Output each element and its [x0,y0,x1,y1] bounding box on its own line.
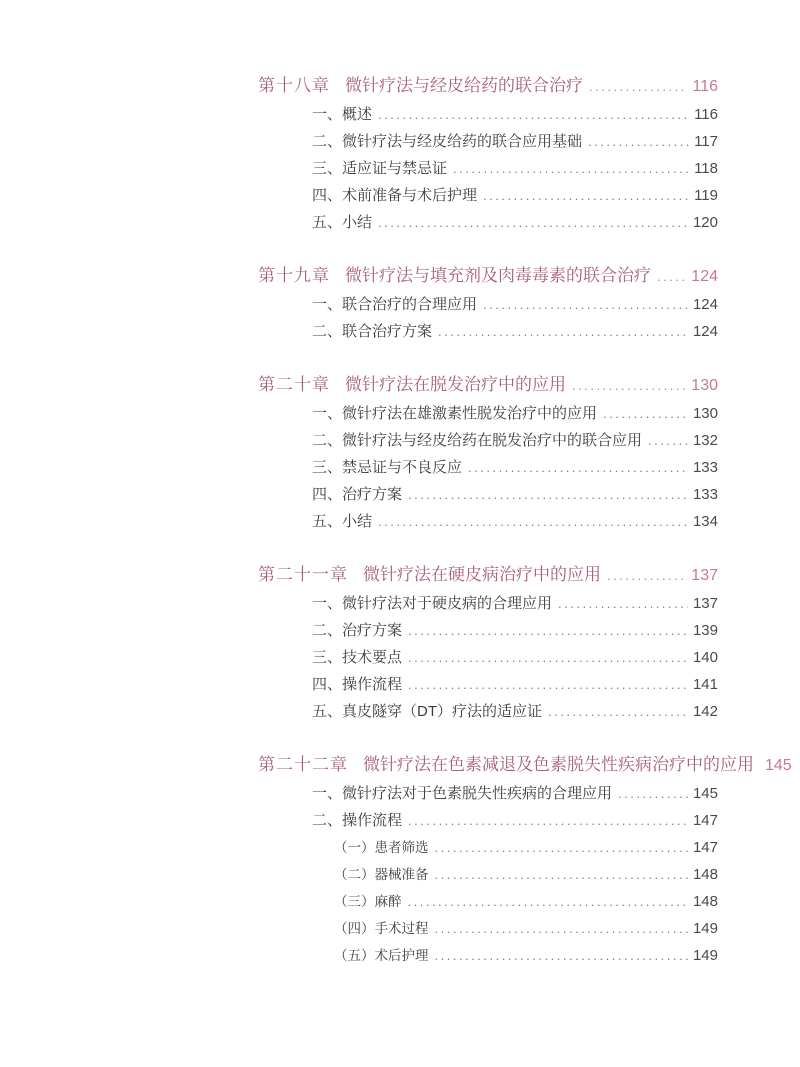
dot-leader [618,780,688,807]
entry-page-number: 124 [693,318,718,345]
entry-label: 五、真皮隧穿（DT）疗法的适应证 [312,698,542,725]
dot-leader [548,698,688,725]
dot-leader [435,861,688,888]
dot-leader [378,508,688,535]
chapter-page-number: 116 [692,72,718,102]
dot-leader [468,454,688,481]
toc-entry: 三、禁忌证与不良反应 133 [258,454,718,481]
toc-entry: 二、微针疗法与经皮给药的联合应用基础 117 [258,128,718,155]
dot-leader [607,561,686,591]
entry-label: 二、治疗方案 [312,617,402,644]
entry-label: 一、微针疗法对于色素脱失性疾病的合理应用 [312,780,612,807]
chapter-row: 第十九章 微针疗法与填充剂及肉毒毒素的联合治疗 124 [258,261,718,291]
toc-section: 第十八章 微针疗法与经皮给药的联合治疗 116 一、概述 116 二、微针疗法与… [258,71,718,236]
chapter-title: 微针疗法与经皮给药的联合治疗 [345,71,583,101]
toc-entry: 二、治疗方案 139 [258,617,718,644]
entry-label: 一、微针疗法在雄激素性脱发治疗中的应用 [312,400,597,427]
entry-page-number: 117 [694,128,718,155]
dot-leader [657,262,686,292]
dot-leader [435,915,688,942]
chapter-page-number: 145 [765,751,792,781]
toc-section: 第十九章 微针疗法与填充剂及肉毒毒素的联合治疗 124 一、联合治疗的合理应用 … [258,261,718,345]
entry-page-number: 147 [693,834,718,861]
toc-entry: 二、操作流程 147 [258,807,718,834]
entry-label: 四、操作流程 [312,671,402,698]
toc-entry: 五、小结 120 [258,209,718,236]
entry-label: 五、小结 [312,508,372,535]
dot-leader [378,209,688,236]
chapter-page-number: 130 [691,371,718,401]
entry-page-number: 132 [693,427,718,454]
toc-entry: 二、联合治疗方案 124 [258,318,718,345]
entry-label: 一、微针疗法对于硬皮病的合理应用 [312,590,552,617]
dot-leader [408,671,688,698]
toc-entry: （三）麻醉 148 [258,888,718,915]
toc-entry: 一、概述 116 [258,101,718,128]
entry-page-number: 133 [693,454,718,481]
entry-page-number: 148 [693,861,718,888]
toc-entry: 三、适应证与禁忌证 118 [258,155,718,182]
chapter-number: 第二十一章 [258,560,348,590]
entry-label: 四、术前准备与术后护理 [312,182,477,209]
entry-page-number: 147 [693,807,718,834]
toc-entry: （四）手术过程 149 [258,915,718,942]
entry-page-number: 119 [694,182,718,209]
entry-label: 四、治疗方案 [312,481,402,508]
entry-page-number: 116 [694,101,718,128]
entry-page-number: 137 [693,590,718,617]
toc-entry: 一、微针疗法对于色素脱失性疾病的合理应用 145 [258,780,718,807]
dot-leader [435,834,688,861]
entry-label: 三、禁忌证与不良反应 [312,454,462,481]
entry-label: （四）手术过程 [334,915,429,942]
chapter-row: 第二十章 微针疗法在脱发治疗中的应用 130 [258,370,718,400]
toc-entry: 二、微针疗法与经皮给药在脱发治疗中的联合应用 132 [258,427,718,454]
entry-page-number: 130 [693,400,718,427]
dot-leader [408,807,688,834]
entry-page-number: 140 [693,644,718,671]
entry-page-number: 139 [693,617,718,644]
toc-entry: 四、治疗方案 133 [258,481,718,508]
chapter-number: 第十九章 [258,261,330,291]
entry-label: 二、操作流程 [312,807,402,834]
dot-leader [435,942,688,969]
entry-label: 二、微针疗法与经皮给药在脱发治疗中的联合应用 [312,427,642,454]
chapter-title: 微针疗法与填充剂及肉毒毒素的联合治疗 [345,261,651,291]
entry-page-number: 134 [693,508,718,535]
toc-section: 第二十章 微针疗法在脱发治疗中的应用 130 一、微针疗法在雄激素性脱发治疗中的… [258,370,718,535]
entry-page-number: 149 [693,915,718,942]
dot-leader [378,101,689,128]
entry-page-number: 118 [694,155,718,182]
dot-leader [483,182,689,209]
toc-entry: 五、真皮隧穿（DT）疗法的适应证 142 [258,698,718,725]
table-of-contents: 第十八章 微针疗法与经皮给药的联合治疗 116 一、概述 116 二、微针疗法与… [258,71,718,969]
entry-label: 三、适应证与禁忌证 [312,155,447,182]
chapter-page-number: 137 [691,561,718,591]
toc-section: 第二十二章 微针疗法在色素减退及色素脱失性疾病治疗中的应用 145 一、微针疗法… [258,750,718,969]
entry-label: 三、技术要点 [312,644,402,671]
chapter-title: 微针疗法在色素减退及色素脱失性疾病治疗中的应用 [363,750,754,780]
entry-page-number: 124 [693,291,718,318]
entry-page-number: 133 [693,481,718,508]
dot-leader [603,400,688,427]
dot-leader [588,128,689,155]
entry-page-number: 142 [693,698,718,725]
chapter-title: 微针疗法在脱发治疗中的应用 [345,370,566,400]
chapter-row: 第二十一章 微针疗法在硬皮病治疗中的应用 137 [258,560,718,590]
entry-label: 五、小结 [312,209,372,236]
entry-page-number: 148 [693,888,718,915]
toc-entry: 一、微针疗法对于硬皮病的合理应用 137 [258,590,718,617]
dot-leader [453,155,689,182]
entry-label: （一）患者筛选 [334,834,429,861]
toc-entry: （五）术后护理 149 [258,942,718,969]
dot-leader [438,318,688,345]
entry-label: （五）术后护理 [334,942,429,969]
dot-leader [408,888,688,915]
chapter-number: 第十八章 [258,71,330,101]
chapter-number: 第二十二章 [258,750,348,780]
toc-entry: 一、微针疗法在雄激素性脱发治疗中的应用 130 [258,400,718,427]
toc-entry: 三、技术要点 140 [258,644,718,671]
toc-entry: （一）患者筛选 147 [258,834,718,861]
dot-leader [572,371,686,401]
dot-leader [408,481,688,508]
toc-entry: 四、术前准备与术后护理 119 [258,182,718,209]
chapter-row: 第二十二章 微针疗法在色素减退及色素脱失性疾病治疗中的应用 145 [258,750,718,780]
toc-entry: 四、操作流程 141 [258,671,718,698]
entry-label: 一、联合治疗的合理应用 [312,291,477,318]
toc-entry: 一、联合治疗的合理应用 124 [258,291,718,318]
chapter-row: 第十八章 微针疗法与经皮给药的联合治疗 116 [258,71,718,101]
dot-leader [408,644,688,671]
entry-label: 二、微针疗法与经皮给药的联合应用基础 [312,128,582,155]
toc-entry: 五、小结 134 [258,508,718,535]
entry-page-number: 120 [693,209,718,236]
dot-leader [648,427,688,454]
entry-label: 二、联合治疗方案 [312,318,432,345]
dot-leader [589,72,687,102]
chapter-title: 微针疗法在硬皮病治疗中的应用 [363,560,601,590]
dot-leader [408,617,688,644]
entry-label: （三）麻醉 [334,888,402,915]
entry-label: （二）器械准备 [334,861,429,888]
dot-leader [483,291,688,318]
entry-page-number: 149 [693,942,718,969]
toc-entry: （二）器械准备 148 [258,861,718,888]
entry-page-number: 145 [693,780,718,807]
chapter-number: 第二十章 [258,370,330,400]
dot-leader [558,590,688,617]
chapter-page-number: 124 [691,262,718,292]
entry-label: 一、概述 [312,101,372,128]
entry-page-number: 141 [693,671,718,698]
toc-section: 第二十一章 微针疗法在硬皮病治疗中的应用 137 一、微针疗法对于硬皮病的合理应… [258,560,718,725]
